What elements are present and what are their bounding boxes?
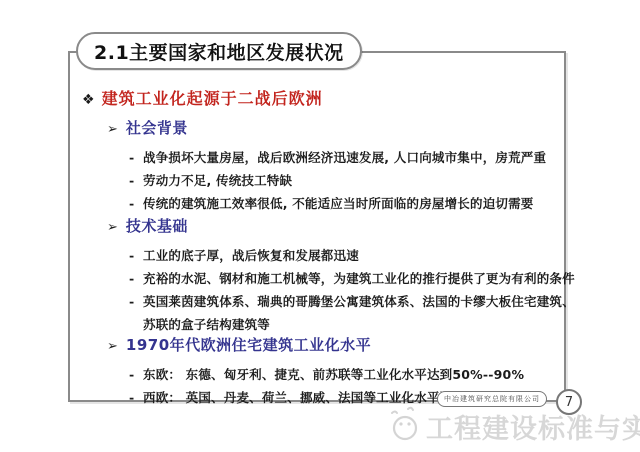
- section-social-background: ➢ 社会背景 - 战争损坏大量房屋，战后欧洲经济迅速发展, 人口向城市集中，房荒…: [107, 117, 567, 215]
- diamond-bullet-icon: ❖: [82, 92, 95, 108]
- dash-bullet-icon: -: [129, 290, 143, 336]
- list-item-line: 英国莱茵建筑体系、瑞典的哥腾堡公寓建筑体系、法国的卡缪大板住宅建筑、: [143, 290, 575, 313]
- list-item-text: 劳动力不足, 传统技工特缺: [143, 169, 292, 192]
- section-heading: ➢ 社会背景: [107, 117, 567, 138]
- page-number: 7: [565, 395, 573, 410]
- section-items: - 工业的底子厚，战后恢复和发展都迅速 - 充裕的水泥、钢材和施工机械等，为建筑…: [107, 244, 567, 336]
- dash-bullet-icon: -: [129, 244, 143, 267]
- list-item-text: 东欧： 东德、匈牙利、捷克、前苏联等工业化水平达到50%--90%: [143, 363, 524, 386]
- list-item-text: 战争损坏大量房屋，战后欧洲经济迅速发展, 人口向城市集中，房荒严重: [143, 146, 546, 169]
- section-heading: ➢ 技术基础: [107, 215, 567, 236]
- list-item: - 充裕的水泥、钢材和施工机械等，为建筑工业化的推行提供了更为有利的条件: [107, 267, 567, 290]
- list-item: - 工业的底子厚，战后恢复和发展都迅速: [107, 244, 567, 267]
- arrow-bullet-icon: ➢: [107, 122, 118, 137]
- list-item-text: 工业的底子厚，战后恢复和发展都迅速: [143, 244, 359, 267]
- watermark: 工程建设标准与实践: [384, 403, 640, 446]
- arrow-bullet-icon: ➢: [107, 220, 118, 235]
- list-item-line: 苏联的盒子结构建筑等: [143, 313, 575, 336]
- slide-title-box: 2.1主要国家和地区发展状况: [76, 32, 362, 70]
- dash-bullet-icon: -: [129, 146, 143, 169]
- page-number-badge: 7: [556, 389, 582, 415]
- list-item: - 英国莱茵建筑体系、瑞典的哥腾堡公寓建筑体系、法国的卡缪大板住宅建筑、 苏联的…: [107, 290, 567, 336]
- dash-bullet-icon: -: [129, 169, 143, 192]
- slide-title: 2.1主要国家和地区发展状况: [94, 38, 344, 65]
- dash-bullet-icon: -: [129, 386, 143, 409]
- dash-bullet-icon: -: [129, 363, 143, 386]
- main-heading-text: 建筑工业化起源于二战后欧洲: [102, 86, 323, 109]
- section-title: 社会背景: [126, 117, 188, 138]
- arrow-bullet-icon: ➢: [107, 339, 118, 354]
- main-heading: ❖ 建筑工业化起源于二战后欧洲: [82, 86, 323, 109]
- section-heading: ➢ 1970年代欧洲住宅建筑工业化水平: [107, 334, 567, 355]
- dash-bullet-icon: -: [129, 267, 143, 290]
- company-name: 中冶建筑研究总院有限公司: [444, 394, 540, 404]
- section-title: 技术基础: [126, 215, 188, 236]
- list-item-text: 传统的建筑施工效率很低, 不能适应当时所面临的房屋增长的迫切需要: [143, 192, 534, 215]
- company-badge: 中冶建筑研究总院有限公司: [437, 391, 547, 407]
- watermark-doodle-icon: [384, 403, 426, 445]
- watermark-text: 工程建设标准与实践: [426, 407, 640, 446]
- section-items: - 战争损坏大量房屋，战后欧洲经济迅速发展, 人口向城市集中，房荒严重 - 劳动…: [107, 146, 567, 215]
- list-item: - 东欧： 东德、匈牙利、捷克、前苏联等工业化水平达到50%--90%: [107, 363, 567, 386]
- list-item-text: 英国莱茵建筑体系、瑞典的哥腾堡公寓建筑体系、法国的卡缪大板住宅建筑、 苏联的盒子…: [143, 290, 575, 336]
- dash-bullet-icon: -: [129, 192, 143, 215]
- list-item-text: 充裕的水泥、钢材和施工机械等，为建筑工业化的推行提供了更为有利的条件: [143, 267, 575, 290]
- section-technical-basis: ➢ 技术基础 - 工业的底子厚，战后恢复和发展都迅速 - 充裕的水泥、钢材和施工…: [107, 215, 567, 336]
- section-title: 1970年代欧洲住宅建筑工业化水平: [126, 334, 371, 355]
- list-item: - 战争损坏大量房屋，战后欧洲经济迅速发展, 人口向城市集中，房荒严重: [107, 146, 567, 169]
- list-item: - 劳动力不足, 传统技工特缺: [107, 169, 567, 192]
- list-item: - 传统的建筑施工效率很低, 不能适应当时所面临的房屋增长的迫切需要: [107, 192, 567, 215]
